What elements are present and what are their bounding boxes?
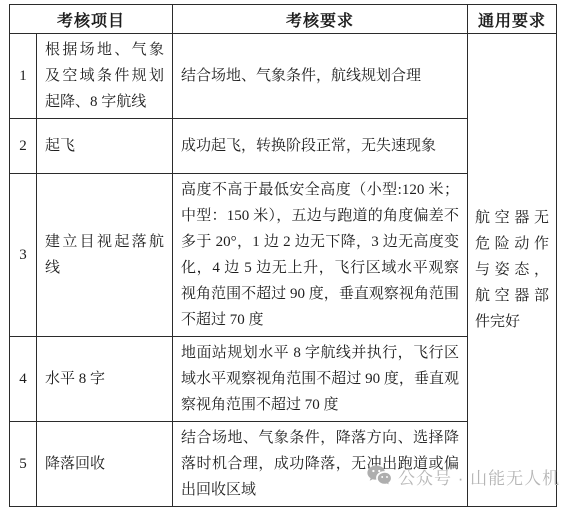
watermark-label: 公众号 · 山能无人机 xyxy=(398,464,560,489)
item-cell: 水平 8 字 xyxy=(37,337,173,422)
row-number-cell: 4 xyxy=(10,337,37,422)
requirement-cell: 地面站规划水平 8 字航线并执行，飞行区域水平观察视角范围不超过 90 度，垂直… xyxy=(173,337,468,422)
header-general-requirement: 通用要求 xyxy=(468,5,557,34)
header-assessment-requirement: 考核要求 xyxy=(173,5,468,34)
general-requirement-cell: 航空器无危险动作与姿态，航空器部件完好 xyxy=(468,34,557,507)
assessment-table: 考核项目 考核要求 通用要求 1 根据场地、气象及空域条件规划起降、8 字航线 … xyxy=(9,4,557,507)
item-cell: 起飞 xyxy=(37,119,173,174)
requirement-cell: 成功起飞，转换阶段正常，无失速现象 xyxy=(173,119,468,174)
header-row: 考核项目 考核要求 通用要求 xyxy=(10,5,557,34)
row-number-cell: 2 xyxy=(10,119,37,174)
requirement-cell: 高度不高于最低安全高度（小型:120 米；中型：150 米），五边与跑道的角度偏… xyxy=(173,174,468,337)
watermark: 公众号 · 山能无人机 xyxy=(367,463,560,489)
requirement-cell: 结合场地、气象条件，航线规划合理 xyxy=(173,34,468,119)
item-cell: 建立目视起落航线 xyxy=(37,174,173,337)
header-assessment-item: 考核项目 xyxy=(10,5,173,34)
row-number-cell: 5 xyxy=(10,422,37,507)
wechat-icon xyxy=(367,465,392,487)
item-cell: 根据场地、气象及空域条件规划起降、8 字航线 xyxy=(37,34,173,119)
table-row: 1 根据场地、气象及空域条件规划起降、8 字航线 结合场地、气象条件，航线规划合… xyxy=(10,34,557,119)
item-cell: 降落回收 xyxy=(37,422,173,507)
document-page: 考核项目 考核要求 通用要求 1 根据场地、气象及空域条件规划起降、8 字航线 … xyxy=(0,0,568,510)
row-number-cell: 3 xyxy=(10,174,37,337)
row-number-cell: 1 xyxy=(10,34,37,119)
